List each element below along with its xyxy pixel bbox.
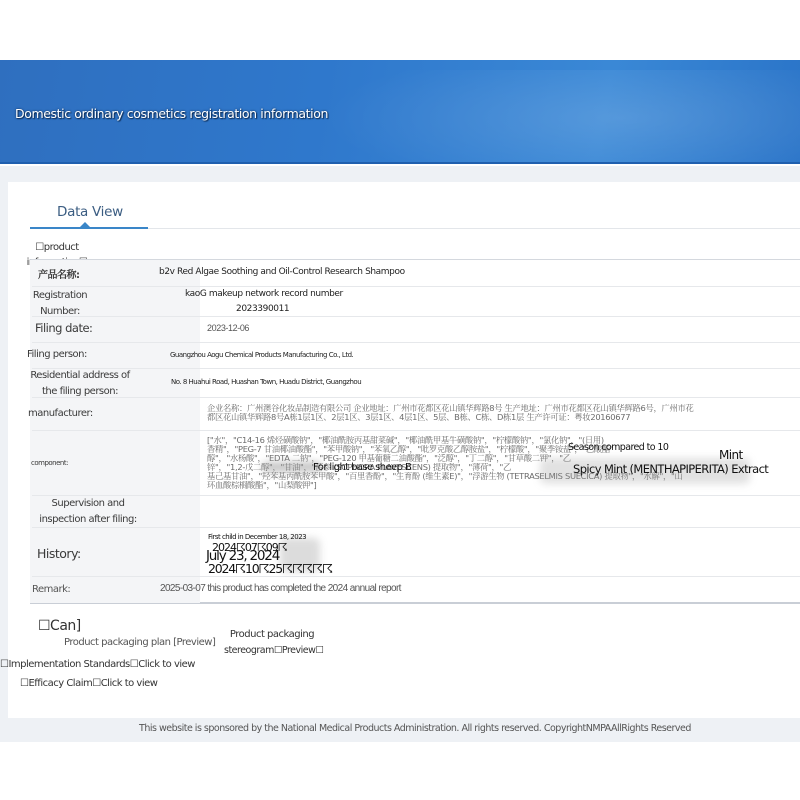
value-residential-address: No. 8 Huahui Road, Huashan Town, Huadu D…: [171, 378, 361, 386]
value-manufacturer-line1: 企业名称：广州澳谷化妆品制造有限公司 企业地址：广州市花都区花山镇华辉路8号 生…: [207, 404, 767, 413]
label-filing-person: Filing person:: [27, 349, 87, 360]
implementation-standards-link[interactable]: ☐Implementation Standards☐Click to view: [0, 659, 195, 670]
row-divider: [32, 316, 800, 317]
attachments-header: ☐Can]: [38, 618, 81, 634]
header-banner: Domestic ordinary cosmetics registration…: [0, 60, 800, 164]
label-component: component:: [31, 459, 68, 467]
label-history: History:: [37, 546, 81, 561]
label-product-name: 产品名称:: [38, 266, 80, 281]
tab-divider: [148, 228, 800, 229]
value-registration-number: 2023390011: [236, 304, 289, 314]
value-registration-text: kaoG makeup network record number: [185, 289, 343, 299]
overlay-translation: Spicy Mint (MENTHAPIPERITA) Extract: [573, 462, 768, 476]
footer-copyright: This website is sponsored by the Nationa…: [0, 723, 800, 734]
overlay-translation: For light base sheep B: [313, 462, 411, 473]
history-entry: 2024☈10☈25☈☈☈☈☈: [208, 561, 332, 576]
label-manufacturer: manufacturer:: [28, 408, 93, 419]
label-residential-address: Residential address of the filing person…: [28, 368, 132, 400]
efficacy-claim-link[interactable]: ☐Efficacy Claim☐Click to view: [20, 678, 157, 689]
label-filing-date: Filing date:: [35, 321, 92, 335]
overlay-translation: Season compared to 10: [568, 442, 668, 453]
label-registration-number: Registration Number:: [28, 288, 92, 320]
row-divider: [32, 576, 800, 577]
label-remark: Remark:: [32, 584, 70, 595]
value-manufacturer-line2: 都区花山镇华辉路8号A栋1层1区、2层1区、3层1区、4层1区、5层、B栋、C栋…: [207, 413, 767, 422]
value-filing-date: 2023-12-06: [207, 323, 249, 333]
value-component-line1: ["水"，"C14-16 烯烃磺酸钠"，"椰油酰胺丙基甜菜碱"，"椰油酰甲基牛磺…: [207, 436, 765, 445]
packaging-plan-preview-link[interactable]: Product packaging plan [Preview]: [64, 637, 215, 648]
row-divider: [32, 342, 800, 343]
tab-active-indicator: [30, 227, 148, 229]
row-divider: [32, 286, 800, 287]
value-filing-person: Guangzhou Aogu Chemical Products Manufac…: [170, 351, 353, 359]
row-divider: [32, 397, 800, 398]
label-supervision: Supervision and inspection after filing:: [28, 496, 148, 528]
overlay-translation: Mint: [719, 448, 743, 462]
page-title: Domestic ordinary cosmetics registration…: [15, 106, 328, 121]
packaging-stereogram-label: Product packaging: [224, 629, 320, 640]
value-component-line2: 香精"，"PEG-7 甘油椰油酸酯"，"苯甲酸钠"，"苯氧乙醇"，"吡罗克酸乙醇…: [207, 445, 765, 454]
top-whitespace: [0, 0, 800, 60]
value-remark: 2025-03-07 this product has completed th…: [160, 583, 401, 594]
tab-caret-icon: [80, 222, 90, 227]
row-divider: [32, 430, 800, 431]
packaging-stereogram-preview-link[interactable]: stereogram☐Preview☐: [224, 645, 320, 656]
row-divider: [32, 368, 800, 369]
value-product-name: b2v Red Algae Soothing and Oil-Control R…: [159, 267, 405, 277]
tab-data-view[interactable]: Data View: [57, 204, 123, 220]
history-entry: First child in December 18, 2023: [208, 533, 306, 541]
